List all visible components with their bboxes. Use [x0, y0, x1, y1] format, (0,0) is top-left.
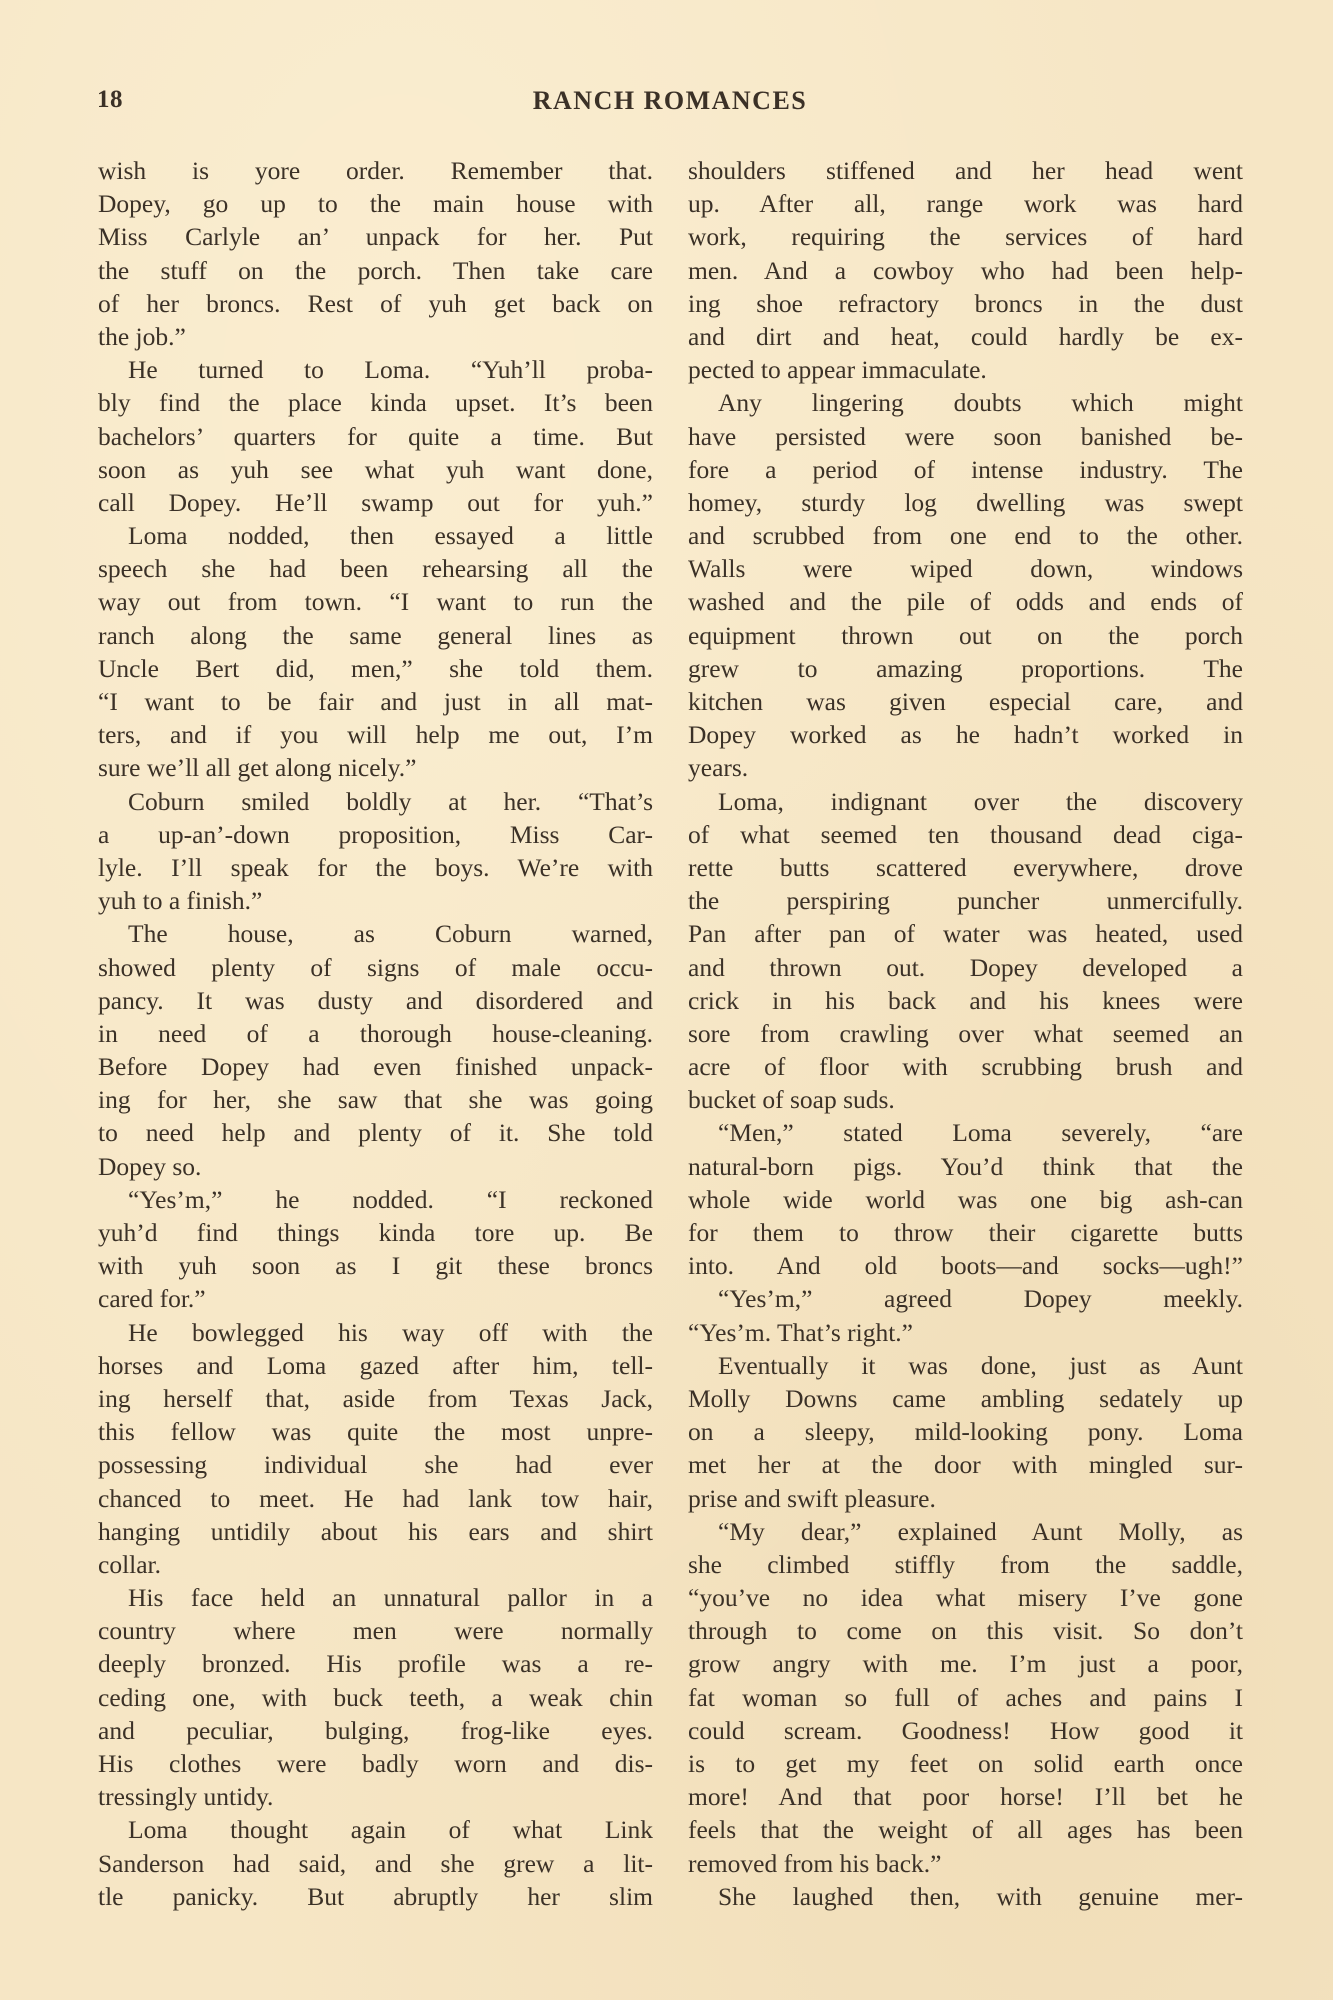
text-column-left: wish is yore order. Remember that.Dopey,… [98, 154, 653, 1913]
text-line: homey, sturdy log dwelling was swept [688, 486, 1243, 519]
text-line: cared for.” [98, 1282, 653, 1315]
text-line: soon as yuh see what yuh want done, [98, 453, 653, 486]
text-line: bachelors’ quarters for quite a time. Bu… [98, 420, 653, 453]
text-line: tressingly untidy. [98, 1780, 653, 1813]
text-line: horses and Loma gazed after him, tell- [98, 1349, 653, 1382]
text-line: natural-born pigs. You’d think that the [688, 1150, 1243, 1183]
text-line: and peculiar, bulging, frog-like eyes. [98, 1714, 653, 1747]
text-line: ing shoe refractory broncs in the dust [688, 287, 1243, 320]
text-line: work, requiring the services of hard [688, 220, 1243, 253]
text-line: way out from town. “I want to run the [98, 585, 653, 618]
text-line: “Yes’m,” he nodded. “I reckoned [98, 1183, 653, 1216]
text-line: Dopey worked as he hadn’t worked in [688, 718, 1243, 751]
text-line: to need help and plenty of it. She told [98, 1116, 653, 1149]
text-line: ing herself that, aside from Texas Jack, [98, 1382, 653, 1415]
text-line: Any lingering doubts which might [688, 386, 1243, 419]
text-line: sure we’ll all get along nicely.” [98, 751, 653, 784]
text-line: deeply bronzed. His profile was a re- [98, 1647, 653, 1680]
text-line: Before Dopey had even finished unpack- [98, 1050, 653, 1083]
text-line: “I want to be fair and just in all mat- [98, 685, 653, 718]
text-line: the job.” [98, 320, 653, 353]
text-line: on a sleepy, mild-looking pony. Loma [688, 1415, 1243, 1448]
text-line: showed plenty of signs of male occu- [98, 951, 653, 984]
text-line: she climbed stiffly from the saddle, [688, 1548, 1243, 1581]
text-line: Loma nodded, then essayed a little [98, 519, 653, 552]
text-line: Dopey, go up to the main house with [98, 187, 653, 220]
text-line: equipment thrown out on the porch [688, 619, 1243, 652]
text-line: have persisted were soon banished be- [688, 420, 1243, 453]
text-line: pected to appear immaculate. [688, 353, 1243, 386]
text-line: ranch along the same general lines as [98, 619, 653, 652]
text-line: Walls were wiped down, windows [688, 552, 1243, 585]
text-line: speech she had been rehearsing all the [98, 552, 653, 585]
text-line: Loma thought again of what Link [98, 1813, 653, 1846]
text-line: collar. [98, 1548, 653, 1581]
text-line: tle panicky. But abruptly her slim [98, 1880, 653, 1913]
text-line: He turned to Loma. “Yuh’ll proba- [98, 353, 653, 386]
text-line: through to come on this visit. So don’t [688, 1614, 1243, 1647]
magazine-page: 18 RANCH ROMANCES wish is yore order. Re… [0, 0, 1333, 2000]
text-line: ing for her, she saw that she was going [98, 1083, 653, 1116]
text-line: the stuff on the porch. Then take care [98, 254, 653, 287]
running-title: RANCH ROMANCES [97, 86, 1243, 116]
text-line: Coburn smiled boldly at her. “That’s [98, 785, 653, 818]
text-line: washed and the pile of odds and ends of [688, 585, 1243, 618]
text-line: of her broncs. Rest of yuh get back on [98, 287, 653, 320]
text-line: prise and swift pleasure. [688, 1482, 1243, 1515]
text-line: into. And old boots—and socks—ugh!” [688, 1249, 1243, 1282]
text-line: pancy. It was dusty and disordered and [98, 984, 653, 1017]
text-line: men. And a cowboy who had been help- [688, 254, 1243, 287]
text-line: Sanderson had said, and she grew a lit- [98, 1847, 653, 1880]
text-line: shoulders stiffened and her head went [688, 154, 1243, 187]
text-line: bly find the place kinda upset. It’s bee… [98, 386, 653, 419]
text-line: crick in his back and his knees were [688, 984, 1243, 1017]
text-line: this fellow was quite the most unpre- [98, 1415, 653, 1448]
text-line: acre of floor with scrubbing brush and [688, 1050, 1243, 1083]
text-line: yuh’d find things kinda tore up. Be [98, 1216, 653, 1249]
text-line: ters, and if you will help me out, I’m [98, 718, 653, 751]
text-line: possessing individual she had ever [98, 1448, 653, 1481]
text-line: lyle. I’ll speak for the boys. We’re wit… [98, 851, 653, 884]
text-line: grew to amazing proportions. The [688, 652, 1243, 685]
text-line: fore a period of intense industry. The [688, 453, 1243, 486]
text-line: could scream. Goodness! How good it [688, 1714, 1243, 1747]
text-line: bucket of soap suds. [688, 1083, 1243, 1116]
text-line: country where men were normally [98, 1614, 653, 1647]
text-line: kitchen was given especial care, and [688, 685, 1243, 718]
text-line: up. After all, range work was hard [688, 187, 1243, 220]
text-line: Miss Carlyle an’ unpack for her. Put [98, 220, 653, 253]
text-line: “you’ve no idea what misery I’ve gone [688, 1581, 1243, 1614]
text-line: whole wide world was one big ash-can [688, 1183, 1243, 1216]
text-line: yuh to a finish.” [98, 884, 653, 917]
text-line: rette butts scattered everywhere, drove [688, 851, 1243, 884]
text-line: and scrubbed from one end to the other. [688, 519, 1243, 552]
text-line: “Yes’m,” agreed Dopey meekly. [688, 1282, 1243, 1315]
text-line: and dirt and heat, could hardly be ex- [688, 320, 1243, 353]
text-line: met her at the door with mingled sur- [688, 1448, 1243, 1481]
text-line: He bowlegged his way off with the [98, 1316, 653, 1349]
text-line: feels that the weight of all ages has be… [688, 1813, 1243, 1846]
text-line: with yuh soon as I git these broncs [98, 1249, 653, 1282]
page-header: 18 RANCH ROMANCES [97, 86, 1243, 126]
text-line: grow angry with me. I’m just a poor, [688, 1647, 1243, 1680]
text-line: removed from his back.” [688, 1847, 1243, 1880]
text-line: wish is yore order. Remember that. [98, 154, 653, 187]
text-line: Molly Downs came ambling sedately up [688, 1382, 1243, 1415]
text-line: “Men,” stated Loma severely, “are [688, 1116, 1243, 1149]
text-line: His clothes were badly worn and dis- [98, 1747, 653, 1780]
text-line: “My dear,” explained Aunt Molly, as [688, 1515, 1243, 1548]
text-line: the perspiring puncher unmercifully. [688, 884, 1243, 917]
text-line: for them to throw their cigarette butts [688, 1216, 1243, 1249]
text-column-right: shoulders stiffened and her head wentup.… [688, 154, 1243, 1913]
text-line: Dopey so. [98, 1150, 653, 1183]
text-line: sore from crawling over what seemed an [688, 1017, 1243, 1050]
text-line: She laughed then, with genuine mer- [688, 1880, 1243, 1913]
text-line: The house, as Coburn warned, [98, 917, 653, 950]
text-line: in need of a thorough house-cleaning. [98, 1017, 653, 1050]
text-line: and thrown out. Dopey developed a [688, 951, 1243, 984]
text-line: “Yes’m. That’s right.” [688, 1316, 1243, 1349]
text-line: call Dopey. He’ll swamp out for yuh.” [98, 486, 653, 519]
text-line: is to get my feet on solid earth once [688, 1747, 1243, 1780]
text-line: Uncle Bert did, men,” she told them. [98, 652, 653, 685]
text-line: hanging untidily about his ears and shir… [98, 1515, 653, 1548]
text-line: Pan after pan of water was heated, used [688, 917, 1243, 950]
text-line: Eventually it was done, just as Aunt [688, 1349, 1243, 1382]
text-line: more! And that poor horse! I’ll bet he [688, 1780, 1243, 1813]
text-line: Loma, indignant over the discovery [688, 785, 1243, 818]
text-line: of what seemed ten thousand dead ciga- [688, 818, 1243, 851]
text-line: His face held an unnatural pallor in a [98, 1581, 653, 1614]
text-line: chanced to meet. He had lank tow hair, [98, 1482, 653, 1515]
text-line: fat woman so full of aches and pains I [688, 1681, 1243, 1714]
text-line: years. [688, 751, 1243, 784]
text-line: a up-an’-down proposition, Miss Car- [98, 818, 653, 851]
text-line: ceding one, with buck teeth, a weak chin [98, 1681, 653, 1714]
